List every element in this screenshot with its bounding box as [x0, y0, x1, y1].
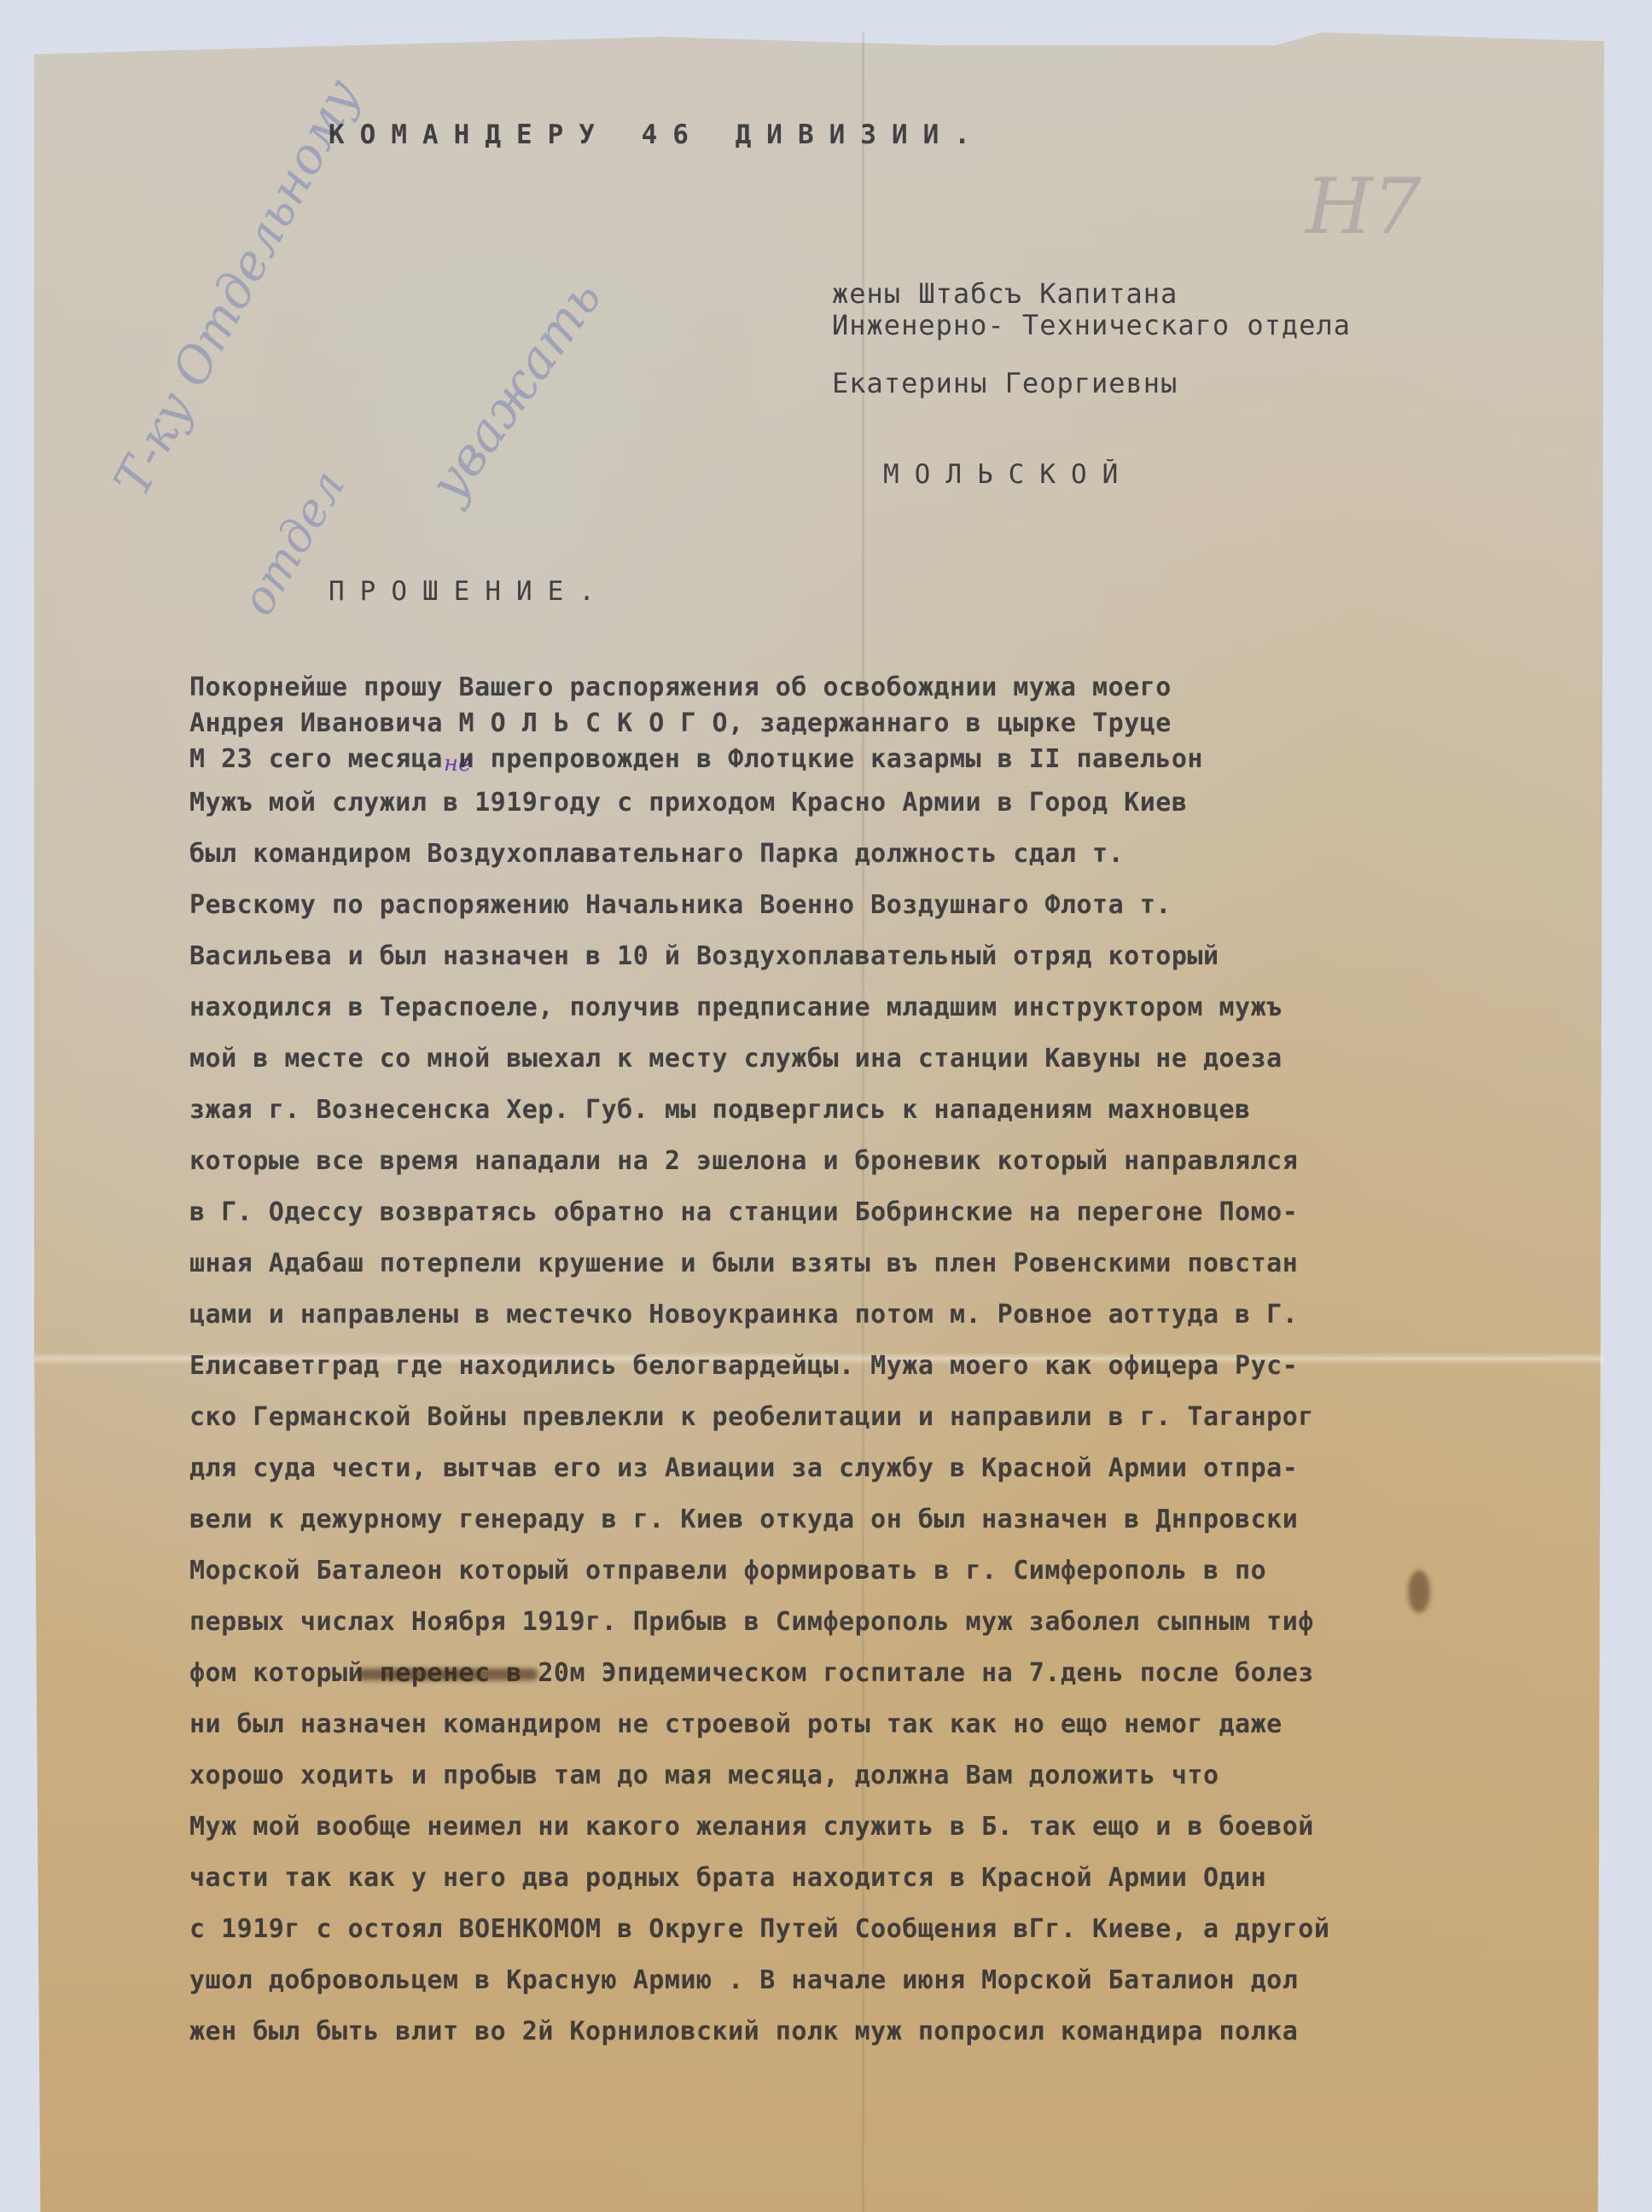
body-line: Муж мой вообще неимел ни какого желания …: [189, 1802, 1606, 1853]
strikethrough-smudge: [358, 1668, 538, 1680]
body-line: цами и направлены в местечко Новоукраинк…: [189, 1289, 1606, 1341]
body-line: Мужъ мой служил в 1919году с приходом Кр…: [189, 777, 1606, 829]
body-line: шная Адабаш потерпели крушение и были вз…: [189, 1238, 1606, 1289]
petition-body: Покорнейше прошу Вашего распоряжения об …: [189, 670, 1606, 2058]
body-line: мой в месте со мной выехал к месту служб…: [189, 1033, 1606, 1085]
ink-stain: [1408, 1570, 1430, 1613]
body-line: части так как у него два родных брата на…: [189, 1853, 1606, 1904]
sender-line-3: Екатерины Георгиевны: [832, 367, 1178, 399]
body-line: находился в Тераспоеле, получив предписа…: [189, 982, 1606, 1033]
sender-surname: МОЛЬСКОЙ: [883, 459, 1133, 490]
body-line: был командиром Воздухоплавательнаго Парк…: [189, 829, 1606, 880]
document-title: ПРОШЕНИЕ.: [329, 576, 610, 607]
body-line: жен был быть влит во 2й Корниловский пол…: [189, 2006, 1606, 2058]
sender-line-1: жены Штабсъ Капитана: [832, 277, 1178, 310]
body-line: ско Германской Войны превлекли к реобели…: [189, 1392, 1606, 1443]
corner-pencil-mark: Н7: [1306, 162, 1422, 252]
body-line: Морской Баталеон который отправели форми…: [189, 1545, 1606, 1597]
body-line: М 23 сего месяца и препровожден в Флотцк…: [189, 742, 1606, 777]
body-line: с 1919г с остоял ВОЕНКОМОМ в Округе Путе…: [189, 1904, 1606, 1955]
body-line: Васильева и был назначен в 10 й Воздухоп…: [189, 931, 1606, 982]
body-line: вели к дежурному генераду в г. Киев отку…: [189, 1494, 1606, 1545]
sender-line-2: Инженерно- Техническаго отдела: [832, 309, 1351, 341]
body-line: хорошо ходить и пробыв там до мая месяца…: [189, 1750, 1606, 1802]
body-line: Андрея Ивановича М О Л Ь С К О Г О, заде…: [189, 706, 1606, 742]
body-line: Елисаветград где находились белогвардейц…: [189, 1341, 1606, 1392]
body-line: зжая г. Вознесенска Хер. Губ. мы подверг…: [189, 1085, 1606, 1136]
body-line: Ревскому по распоряжению Начальника Воен…: [189, 880, 1606, 931]
body-line: ни был назначен командиром не строевой р…: [189, 1699, 1606, 1750]
body-line: которые все время нападали на 2 эшелона …: [189, 1136, 1606, 1187]
body-line: в Г. Одессу возвратясь обратно на станци…: [189, 1187, 1606, 1238]
body-line: первых числах Ноября 1919г. Прибыв в Сим…: [189, 1597, 1606, 1648]
body-line: Покорнейше прошу Вашего распоряжения об …: [189, 670, 1606, 706]
body-line: для суда чести, вытчав его из Авиации за…: [189, 1443, 1606, 1494]
addressee-heading: КОМАНДЕРУ 46 ДИВИЗИИ.: [329, 119, 986, 150]
body-line: ушол добровольцем в Красную Армию . В на…: [189, 1955, 1606, 2006]
